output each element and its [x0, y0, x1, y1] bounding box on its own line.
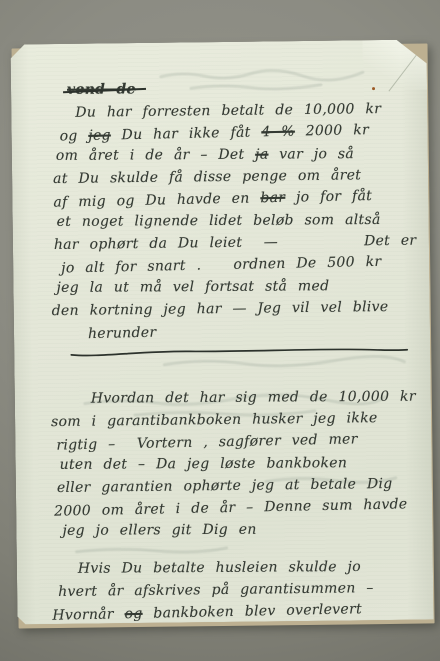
- text-segment: om året i de år – Det: [56, 147, 255, 164]
- text-segment: herunder: [88, 325, 157, 342]
- struck-text: ja: [255, 147, 268, 163]
- struck-text: jeg: [88, 127, 111, 143]
- text-segment: Hvordan det har sig med de 10,000 kr: [91, 389, 416, 407]
- text-segment: har ophørt da Du leiet — Det er: [54, 233, 417, 253]
- text-segment: den kortning jeg har — Jeg vil vel blive: [52, 299, 389, 319]
- handwritten-line: Hvis Du betalte husleien skulde jo: [78, 556, 423, 580]
- letter-paper: vend de Du har forresten betalt de 10,00…: [10, 39, 433, 624]
- struck-text: bar: [260, 190, 285, 207]
- text-segment: rigtig – Vortern , sagfører ved mer: [56, 431, 358, 453]
- handwritten-line: om året i de år – Det ja var jo så: [56, 143, 418, 167]
- text-segment: var jo så: [268, 146, 354, 163]
- text-segment: jeg jo ellers git Dig en: [62, 522, 256, 539]
- text-segment: Hvornår: [52, 606, 124, 624]
- photo-background: vend de Du har forresten betalt de 10,00…: [0, 0, 440, 661]
- struck-text: og: [124, 606, 142, 622]
- paragraph-3: Hvis Du betalte husleien skulde jo hvert…: [51, 555, 424, 626]
- text-segment: uten det – Da jeg løste bankboken: [60, 455, 348, 473]
- text-segment: Du har forresten betalt de 10,000 kr: [75, 101, 381, 121]
- section-divider: [69, 345, 409, 359]
- text-segment: jo alt for snart . ordnen De 500 kr: [61, 254, 382, 277]
- text-segment: som i garantibankboken husker jeg ikke: [51, 410, 378, 430]
- text-segment: 2000 kr: [295, 122, 369, 140]
- text-segment: Du har ikke fåt: [111, 124, 262, 143]
- text-segment: at Du skulde få disse penge om året: [53, 167, 361, 187]
- text-segment: jeg la ut må vel fortsat stå med: [56, 278, 329, 296]
- paragraph-2: Hvordan det har sig med de 10,000 kr som…: [49, 385, 423, 544]
- text-segment: og: [59, 128, 88, 145]
- manuscript-text: vend de Du har forresten betalt de 10,00…: [45, 76, 424, 626]
- handwritten-line: et noget lignende lidet beløb som altså: [57, 209, 419, 233]
- text-segment: et noget lignende lidet beløb som altså: [57, 212, 381, 230]
- handwritten-line: vend de: [67, 77, 417, 101]
- text-segment: eller garantien ophørte jeg at betale Di…: [57, 476, 393, 496]
- handwritten-line: jeg jo ellers git Dig en: [62, 518, 422, 542]
- text-segment: hvert år afskrives på garantisummen –: [58, 580, 374, 600]
- text-segment: jo for fåt: [285, 188, 372, 206]
- text-segment: Hvis Du betalte husleien skulde jo: [78, 559, 361, 577]
- handwritten-line: jeg la ut må vel fortsat stå med: [56, 275, 419, 299]
- struck-word: vend de: [67, 81, 136, 97]
- handwritten-line: Hvordan det har sig med de 10,000 kr: [91, 386, 421, 410]
- handwritten-line: uten det – Da jeg løste bankboken: [60, 452, 422, 476]
- text-segment: 2000 om året i de år – Denne sum havde: [54, 496, 408, 519]
- text-segment: bankboken blev overlevert: [142, 601, 362, 622]
- text-segment: af mig og Du havde en: [53, 190, 260, 210]
- struck-text: 4 %: [261, 124, 295, 141]
